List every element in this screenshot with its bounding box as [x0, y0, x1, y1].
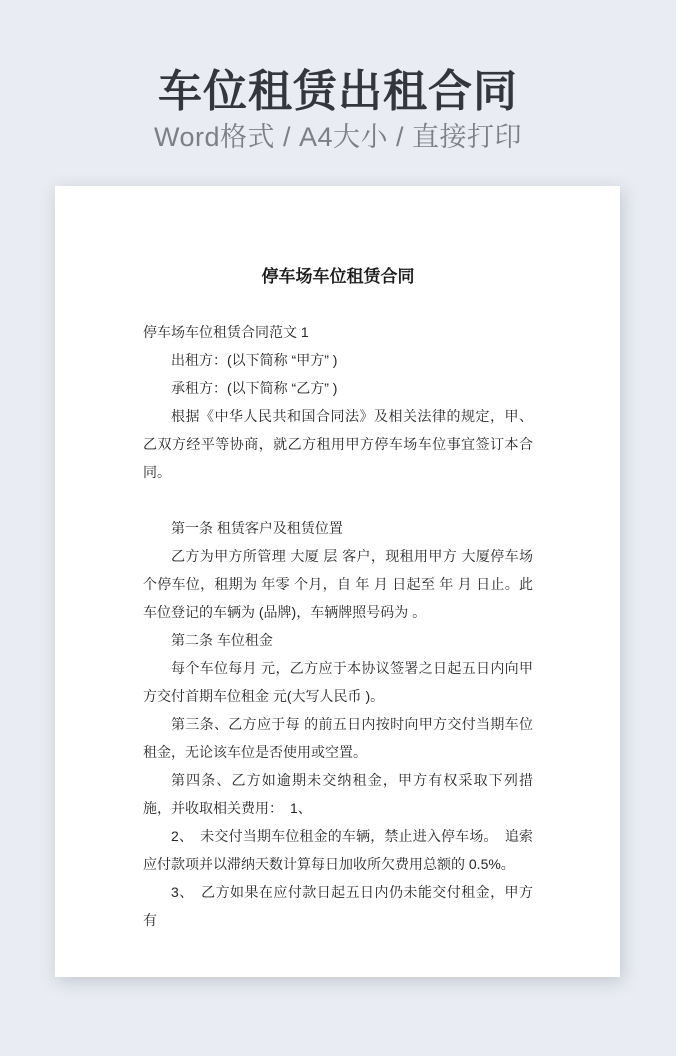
paragraph: 乙方为甲方所管理 大厦 层 客户，现租用甲方 大厦停车场个停车位，租期为 年零 …	[143, 542, 533, 626]
paragraph: 第三条、乙方应于每 的前五日内按时向甲方交付当期车位租金，无论该车位是否使用或空…	[143, 710, 533, 766]
document-body: 停车场车位租赁合同范文 1 出租方：(以下简称 “甲方” ) 承租方：(以下简称…	[143, 318, 533, 934]
page-subtitle: Word格式 / A4大小 / 直接打印	[0, 120, 676, 154]
paragraph: 出租方：(以下简称 “甲方” )	[143, 346, 533, 374]
paragraph: 承租方：(以下简称 “乙方” )	[143, 374, 533, 402]
page-title: 车位租赁出租合同	[0, 64, 676, 120]
paragraph: 第一条 租赁客户及租赁位置	[143, 514, 533, 542]
paragraph: 第二条 车位租金	[143, 626, 533, 654]
paragraph: 根据《中华人民共和国合同法》及相关法律的规定，甲、乙双方经平等协商，就乙方租用甲…	[143, 402, 533, 486]
paragraph: 停车场车位租赁合同范文 1	[143, 318, 533, 346]
paragraph: 第四条、乙方如逾期未交纳租金，甲方有权采取下列措施，并收取相关费用： 1、	[143, 766, 533, 822]
header: 车位租赁出租合同 Word格式 / A4大小 / 直接打印	[0, 0, 676, 154]
document-page: 停车场车位租赁合同 停车场车位租赁合同范文 1 出租方：(以下简称 “甲方” )…	[55, 186, 620, 977]
paragraph: 3、 乙方如果在应付款日起五日内仍未能交付租金，甲方有	[143, 878, 533, 934]
document-title: 停车场车位租赁合同	[143, 264, 533, 290]
paragraph: 2、 未交付当期车位租金的车辆，禁止进入停车场。 追索应付款项并以滞纳天数计算每…	[143, 822, 533, 878]
paragraph: 每个车位每月 元，乙方应于本协议签署之日起五日内向甲方交付首期车位租金 元(大写…	[143, 654, 533, 710]
